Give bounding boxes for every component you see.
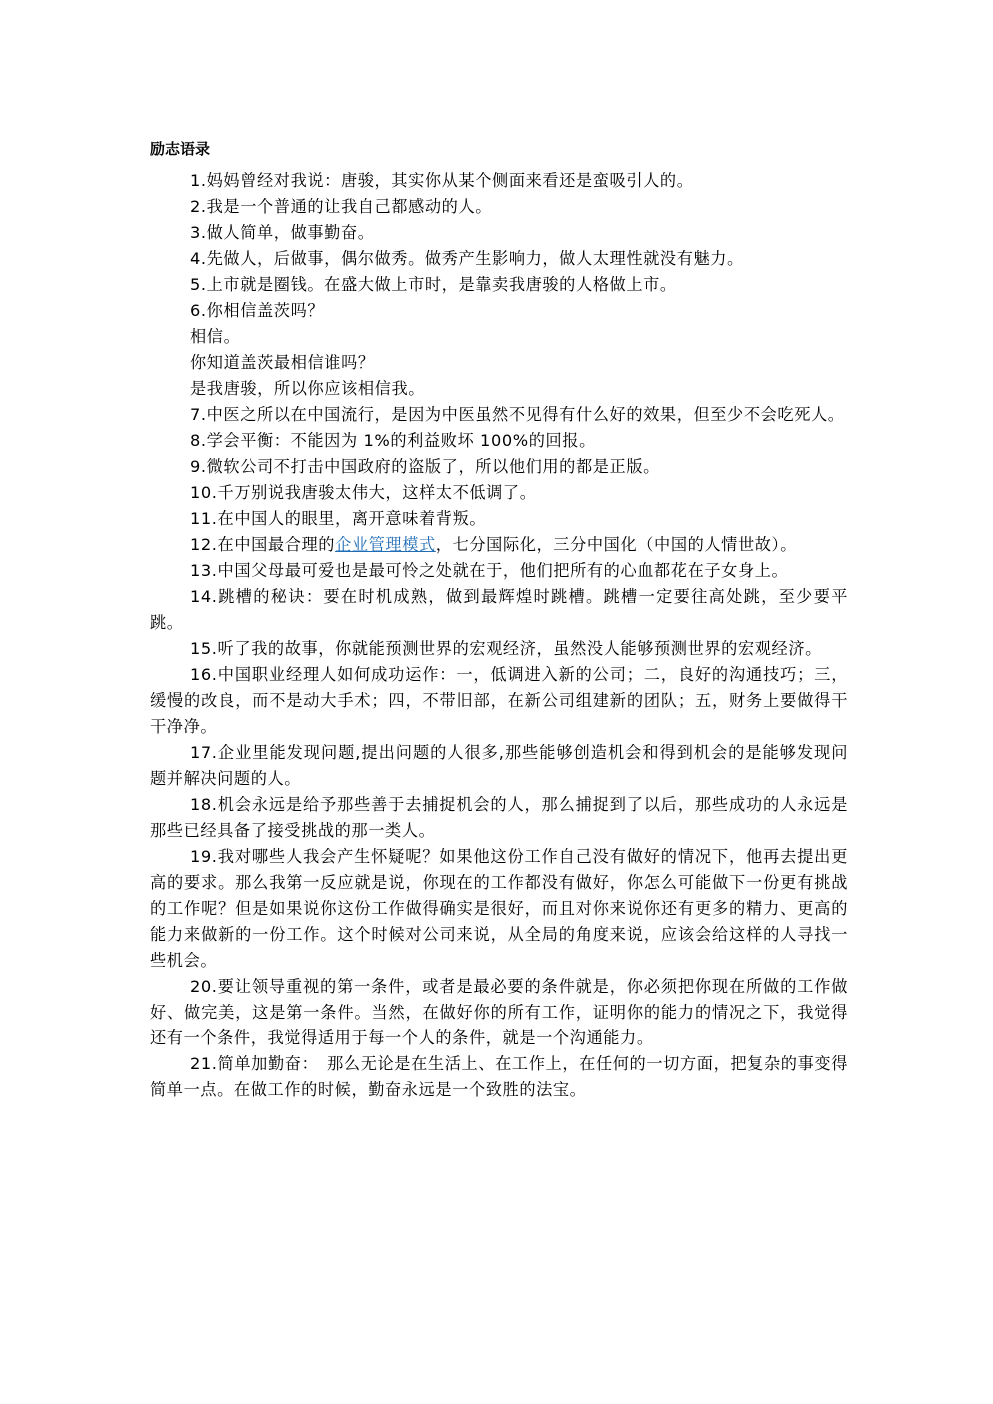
paragraph-20: 20.要让领导重视的第一条件，或者是最必要的条件就是，你必须把你现在所做的工作做… — [150, 974, 848, 1052]
paragraph-19: 19.我对哪些人我会产生怀疑呢？如果他这份工作自己没有做好的情况下，他再去提出更… — [150, 844, 848, 974]
paragraph-10: 10.千万别说我唐骏太伟大，这样太不低调了。 — [150, 480, 848, 506]
paragraph-4: 4.先做人，后做事，偶尔做秀。做秀产生影响力，做人太理性就没有魅力。 — [150, 246, 848, 272]
paragraph-2: 2.我是一个普通的让我自己都感动的人。 — [150, 194, 848, 220]
paragraph-12-before: 12.在中国最合理的 — [190, 535, 335, 554]
paragraph-14: 14.跳槽的秘诀：要在时机成熟，做到最辉煌时跳槽。跳槽一定要往高处跳，至少要平跳… — [150, 584, 848, 636]
paragraph-11: 11.在中国人的眼里，离开意味着背叛。 — [150, 506, 848, 532]
paragraph-21: 21.简单加勤奋： 那么无论是在生活上、在工作上，在任何的一切方面，把复杂的事变… — [150, 1051, 848, 1103]
paragraph-12: 12.在中国最合理的企业管理模式，七分国际化，三分中国化（中国的人情世故）。 — [150, 532, 848, 558]
enterprise-management-link[interactable]: 企业管理模式 — [335, 535, 436, 554]
paragraph-13: 13.中国父母最可爱也是最可怜之处就在于，他们把所有的心血都花在子女身上。 — [150, 558, 848, 584]
paragraph-5: 5.上市就是圈钱。在盛大做上市时，是靠卖我唐骏的人格做上市。 — [150, 272, 848, 298]
paragraph-17: 17.企业里能发现问题,提出问题的人很多,那些能够创造机会和得到机会的是能够发现… — [150, 740, 848, 792]
paragraph-8: 8.学会平衡：不能因为 1%的利益败坏 100%的回报。 — [150, 428, 848, 454]
document-title: 励志语录 — [150, 138, 848, 160]
paragraph-18: 18.机会永远是给予那些善于去捕捉机会的人，那么捕捉到了以后，那些成功的人永远是… — [150, 792, 848, 844]
paragraph-6-answer-2: 是我唐骏，所以你应该相信我。 — [150, 376, 848, 402]
document-page: 励志语录 1.妈妈曾经对我说：唐骏，其实你从某个侧面来看还是蛮吸引人的。 2.我… — [150, 138, 848, 1103]
paragraph-15: 15.听了我的故事，你就能预测世界的宏观经济，虽然没人能够预测世界的宏观经济。 — [150, 636, 848, 662]
paragraph-16: 16.中国职业经理人如何成功运作：一，低调进入新的公司；二，良好的沟通技巧；三，… — [150, 662, 848, 740]
paragraph-6-answer: 相信。 — [150, 324, 848, 350]
paragraph-6-question-2: 你知道盖茨最相信谁吗？ — [150, 350, 848, 376]
paragraph-9: 9.微软公司不打击中国政府的盗版了，所以他们用的都是正版。 — [150, 454, 848, 480]
paragraph-7: 7.中医之所以在中国流行，是因为中医虽然不见得有什么好的效果，但至少不会吃死人。 — [150, 402, 848, 428]
paragraph-6-question: 6.你相信盖茨吗？ — [150, 298, 848, 324]
paragraph-1: 1.妈妈曾经对我说：唐骏，其实你从某个侧面来看还是蛮吸引人的。 — [150, 168, 848, 194]
paragraph-12-after: ，七分国际化，三分中国化（中国的人情世故）。 — [436, 535, 797, 554]
paragraph-3: 3.做人简单，做事勤奋。 — [150, 220, 848, 246]
